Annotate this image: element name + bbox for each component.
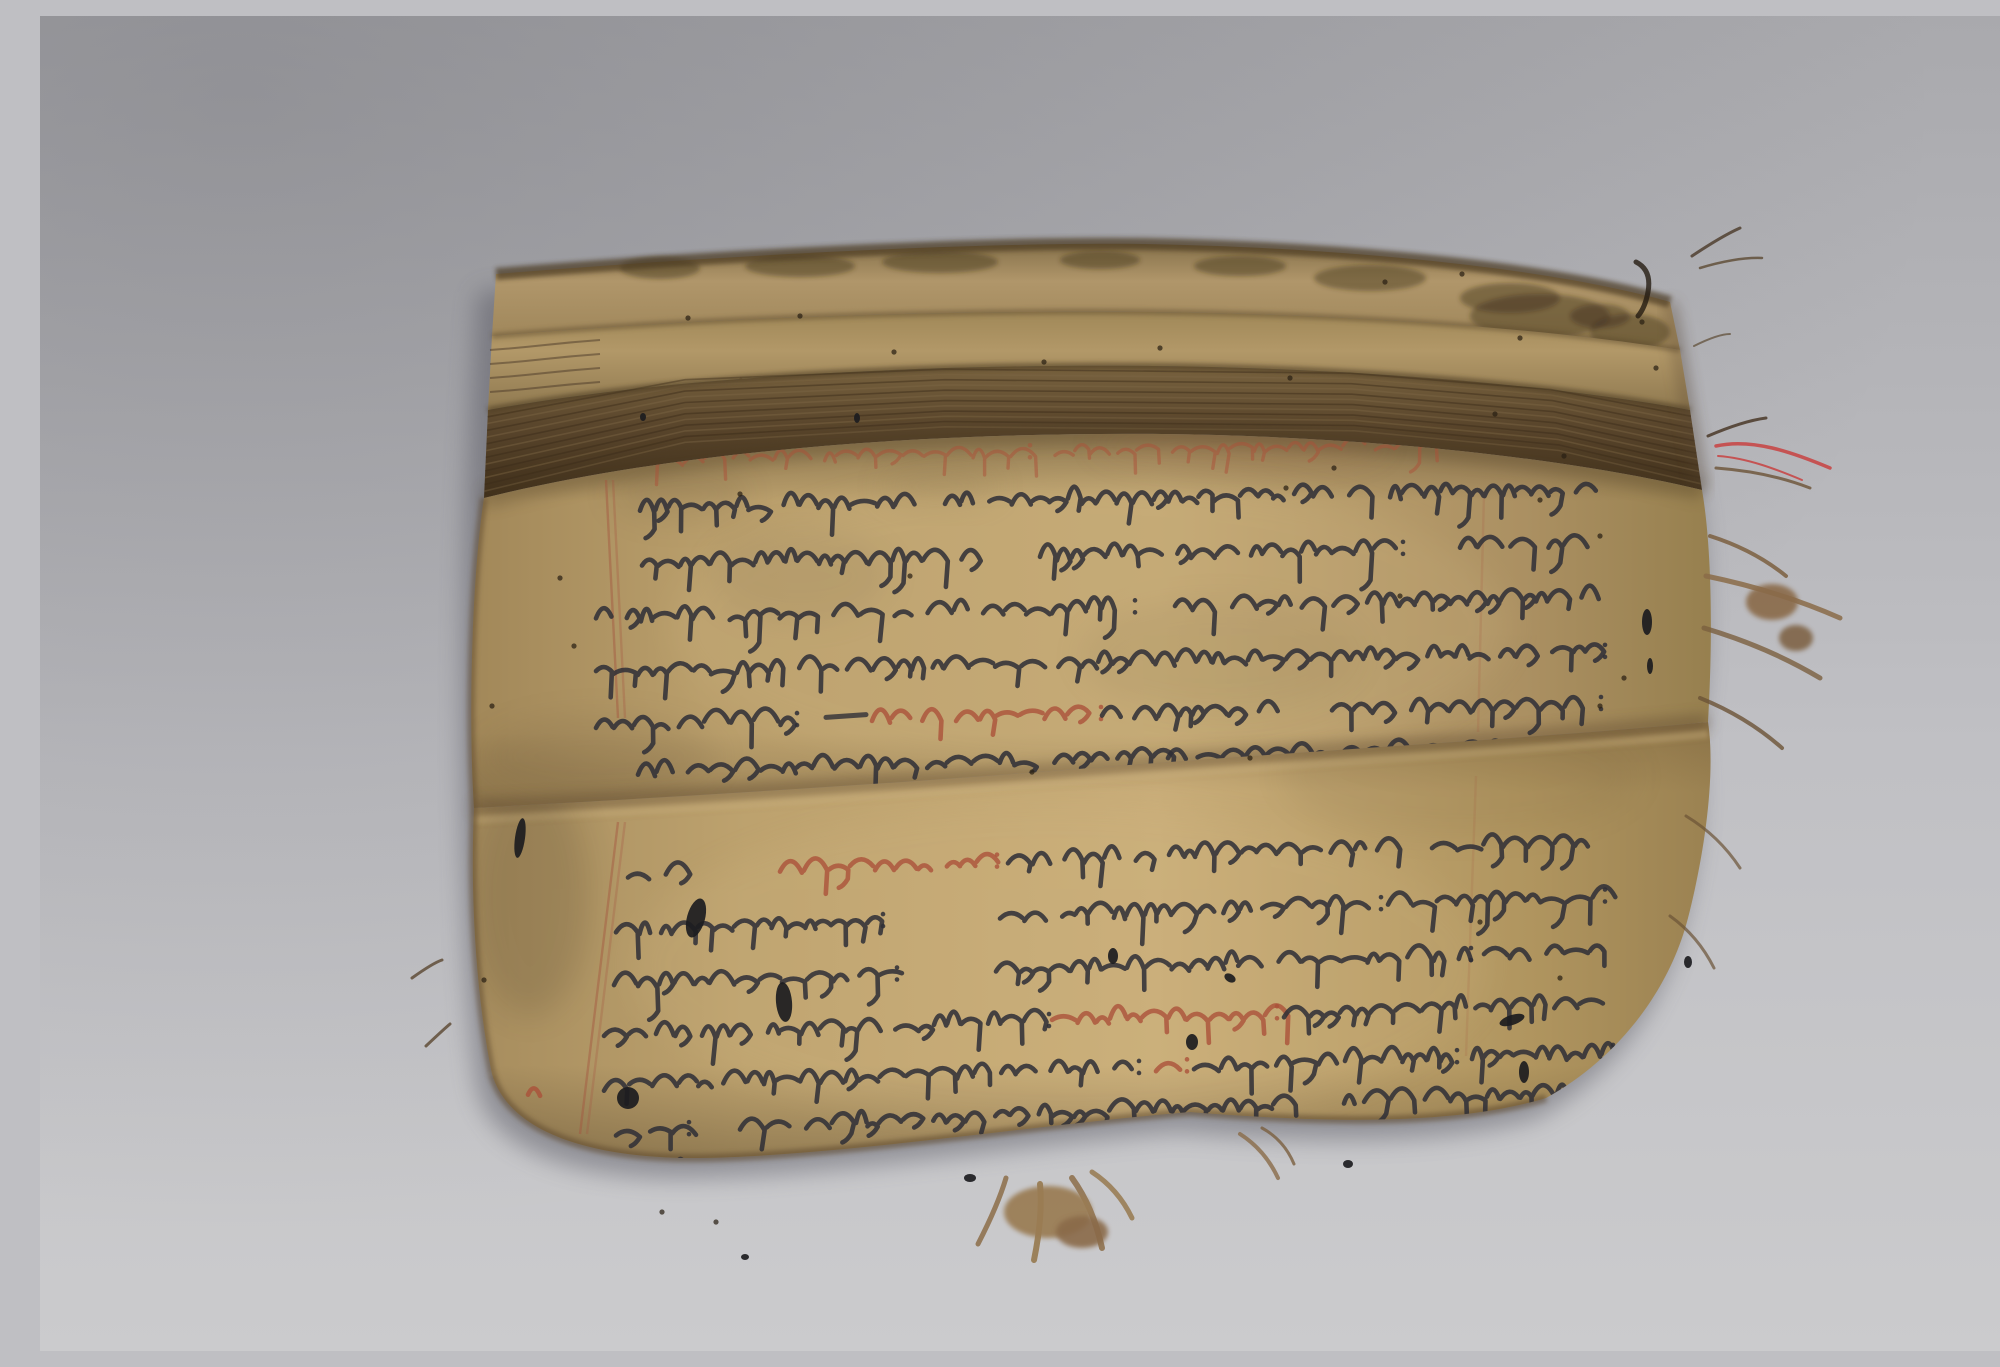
ink-blot xyxy=(1684,956,1692,968)
wormhole xyxy=(1597,533,1602,538)
wormhole xyxy=(713,1219,718,1224)
stain xyxy=(480,716,720,796)
wormhole xyxy=(685,315,690,320)
wormhole xyxy=(1537,497,1542,502)
wormhole xyxy=(1597,703,1602,708)
wormhole xyxy=(1621,675,1626,680)
ink-blot xyxy=(854,413,860,423)
wormhole xyxy=(1283,485,1288,490)
wormhole xyxy=(1029,769,1034,774)
ink-blot xyxy=(1186,1034,1198,1050)
stain xyxy=(470,776,590,1016)
wormhole xyxy=(1041,359,1046,364)
wormhole xyxy=(1557,975,1562,980)
wormhole xyxy=(659,1209,664,1214)
ink-blot xyxy=(741,1254,749,1260)
wormhole xyxy=(1247,755,1252,760)
wormhole xyxy=(1382,279,1387,284)
wormhole xyxy=(1331,465,1336,470)
ink-blot xyxy=(1343,1160,1353,1168)
manuscript-photograph: Aged Tibetan pecha manuscript stack of l… xyxy=(40,16,2000,1351)
wormhole xyxy=(1287,375,1292,380)
wormhole xyxy=(737,491,742,496)
ink-blot xyxy=(1108,948,1118,964)
fiber-tuft xyxy=(1056,1216,1108,1248)
fiber-tuft xyxy=(1746,584,1798,620)
wormhole xyxy=(1561,453,1566,458)
wormhole xyxy=(1459,271,1464,276)
ink-blot xyxy=(964,1174,976,1182)
wormhole xyxy=(1157,345,1162,350)
ink-blot xyxy=(1647,658,1653,674)
wormhole xyxy=(1639,319,1644,324)
wormhole xyxy=(907,573,912,578)
wormhole xyxy=(1653,365,1658,370)
wormhole xyxy=(557,575,562,580)
wormhole xyxy=(797,313,802,318)
wormhole xyxy=(1477,919,1482,924)
ink-blot xyxy=(1642,609,1652,635)
wormhole xyxy=(571,643,576,648)
wormhole xyxy=(1492,411,1497,416)
ink-blot xyxy=(617,1087,639,1109)
wormhole xyxy=(1517,335,1522,340)
ink-blot xyxy=(1519,1061,1529,1083)
wormhole xyxy=(891,349,896,354)
fiber-tuft xyxy=(1779,625,1813,651)
wormhole xyxy=(481,977,486,982)
wormhole xyxy=(1397,593,1402,598)
ink-blot xyxy=(640,413,646,421)
wormhole xyxy=(489,703,494,708)
photo-canvas xyxy=(40,16,2000,1351)
